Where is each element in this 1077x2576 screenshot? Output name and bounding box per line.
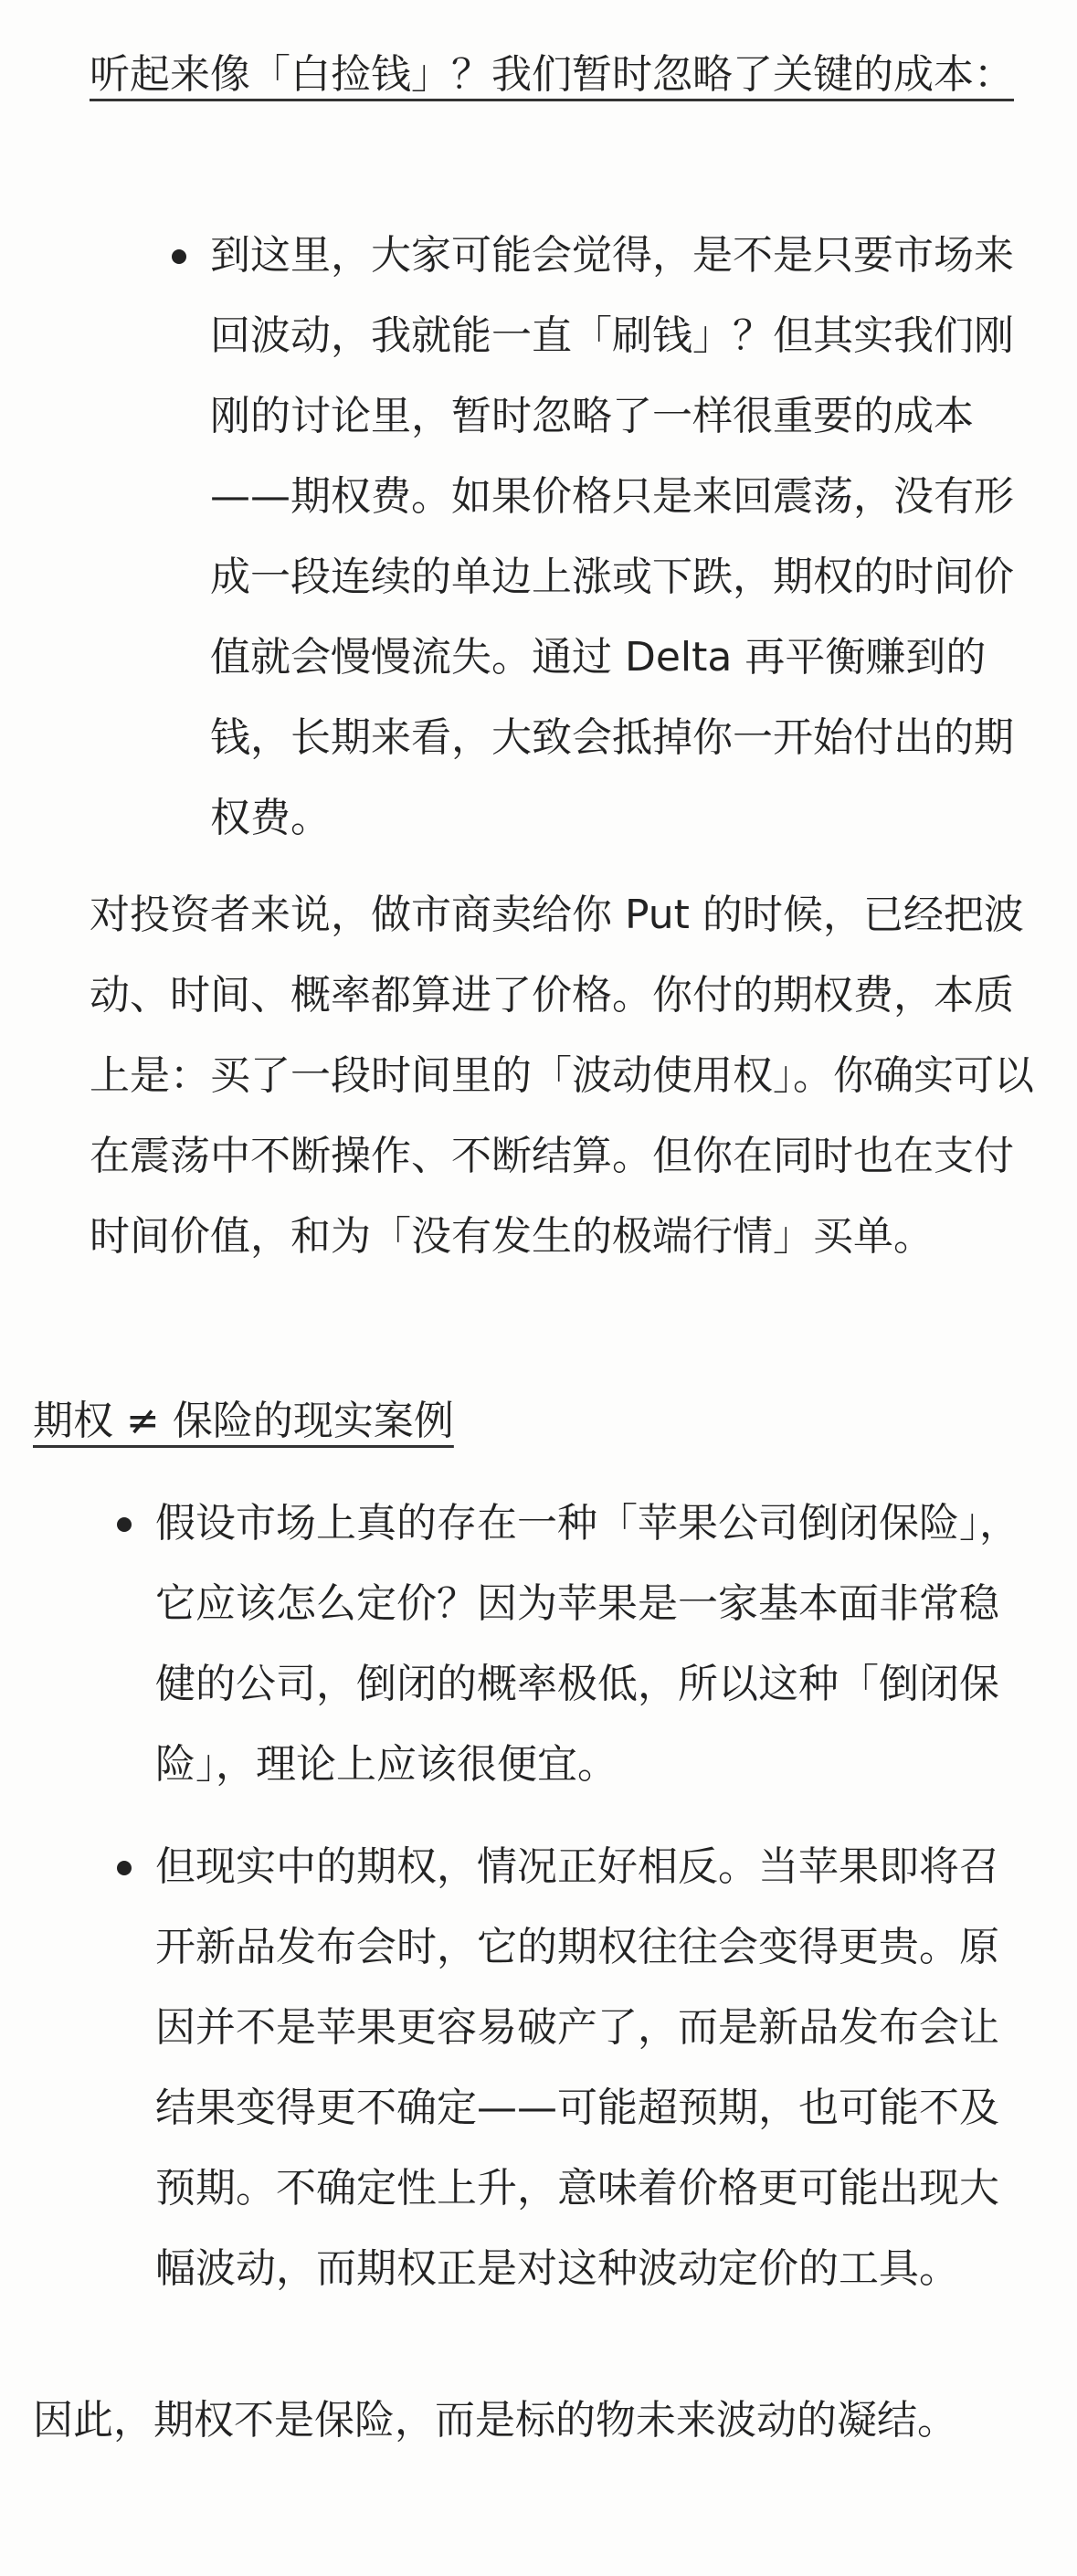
bullet-dot-icon: [117, 1517, 132, 1532]
section-heading-text: 期权 ≠ 保险的现实案例: [33, 1398, 454, 1444]
bullet-dot-icon: [172, 249, 186, 264]
section-heading: 期权 ≠ 保险的现实案例: [33, 1381, 1038, 1462]
list-item: 但现实中的期权，情况正好相反。当苹果即将召开新品发布会时，它的期权往往会变得更贵…: [155, 1827, 1038, 2309]
list-item-text: 到这里，大家可能会觉得，是不是只要市场来回波动，我就能一直「刷钱」？但其实我们刚…: [210, 232, 1014, 841]
nested-bullet-list: 到这里，大家可能会觉得，是不是只要市场来回波动，我就能一直「刷钱」？但其实我们刚…: [210, 216, 1038, 859]
intro-paragraph: 听起来像「白捡钱」？我们暂时忽略了关键的成本：: [90, 35, 1040, 115]
case-bullet-list: 假设市场上真的存在一种「苹果公司倒闭保险」，它应该怎么定价？因为苹果是一家基本面…: [155, 1483, 1038, 2309]
list-item: 到这里，大家可能会觉得，是不是只要市场来回波动，我就能一直「刷钱」？但其实我们刚…: [210, 216, 1038, 859]
bullet-dot-icon: [117, 1861, 132, 1875]
conclusion-paragraph: 因此，期权不是保险，而是标的物未来波动的凝结。: [33, 2381, 1038, 2461]
investor-paragraph: 对投资者来说，做市商卖给你 Put 的时候，已经把波动、时间、概率都算进了价格。…: [90, 875, 1040, 1277]
list-item: 假设市场上真的存在一种「苹果公司倒闭保险」，它应该怎么定价？因为苹果是一家基本面…: [155, 1483, 1038, 1805]
list-item-text: 但现实中的期权，情况正好相反。当苹果即将召开新品发布会时，它的期权往往会变得更贵…: [155, 1843, 999, 2292]
list-item-text: 假设市场上真的存在一种「苹果公司倒闭保险」，它应该怎么定价？因为苹果是一家基本面…: [155, 1500, 1019, 1788]
intro-underlined-text: 听起来像「白捡钱」？我们暂时忽略了关键的成本：: [90, 51, 1014, 98]
